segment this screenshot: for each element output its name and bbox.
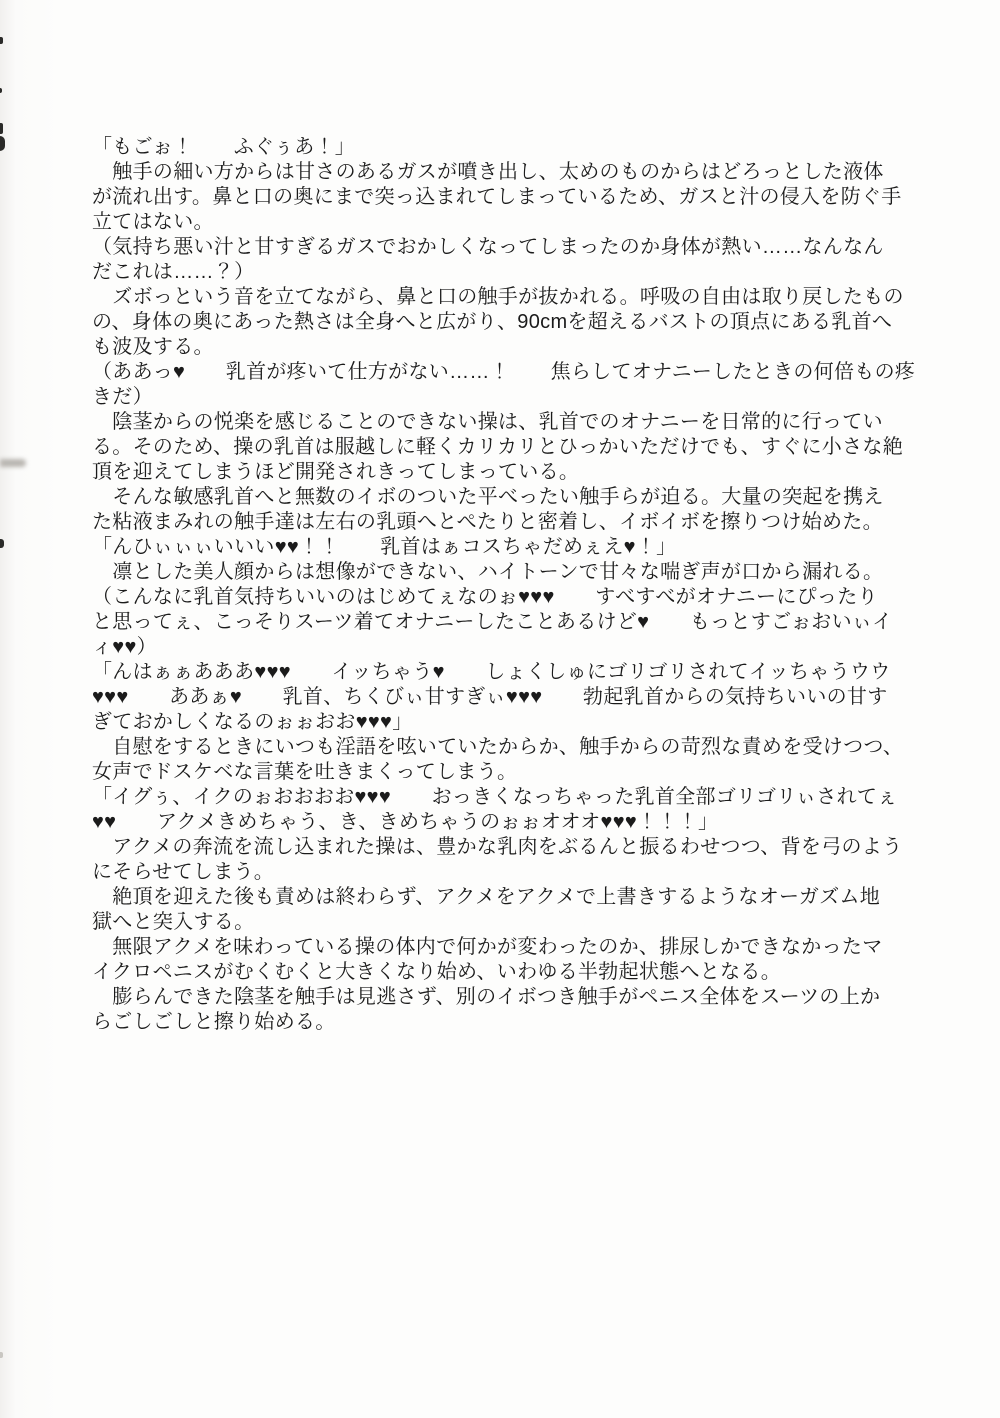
- scan-artifact: [0, 1352, 3, 1358]
- text-line: 「んはぁぁあああ♥♥♥ イッちゃう♥ しょくしゅにゴリゴリされてイッちゃうウウ: [92, 660, 952, 685]
- text-line: ♥♥ アクメきめちゃう、き、きめちゃうのぉぉオオオ♥♥♥！！！」: [92, 810, 952, 835]
- text-line: と思ってぇ、こっそりスーツ着てオナニーしたことあるけど♥ もっとすごぉおいぃイ: [92, 610, 952, 635]
- text-line: 「イグぅ、イクのぉおおおお♥♥♥ おっきくなっちゃった乳首全部ゴリゴリぃされてぇ: [92, 785, 952, 810]
- text-line: 獄へと突入する。: [92, 910, 952, 935]
- text-line: る。そのため、操の乳首は服越しに軽くカリカリとひっかいただけでも、すぐに小さな絶: [92, 435, 952, 460]
- text-line: 立てはない。: [92, 210, 952, 235]
- scan-artifact: [0, 88, 2, 93]
- scan-artifact: [0, 136, 5, 151]
- text-line: （気持ち悪い汁と甘すぎるガスでおかしくなってしまったのか身体が熱い……なんなん: [92, 235, 952, 260]
- text-line: （ああっ♥ 乳首が疼いて仕方がない……！ 焦らしてオナニーしたときの何倍もの疼: [92, 360, 952, 385]
- text-line: だこれは……？）: [92, 260, 952, 285]
- text-line: ぎておかしくなるのぉぉおお♥♥♥」: [92, 710, 952, 735]
- scanned-page: 「もごぉ！ ふぐぅあ！」 触手の細い方からは甘さのあるガスが噴き出し、太めのもの…: [0, 0, 1000, 1418]
- text-line: ィ♥♥）: [92, 635, 952, 660]
- text-line: の、身体の奥にあった熱さは全身へと広がり、90cmを超えるバストの頂点にある乳首…: [92, 310, 952, 335]
- text-line: ズボっという音を立てながら、鼻と口の触手が抜かれる。呼吸の自由は取り戻したもの: [92, 285, 952, 310]
- body-text: 「もごぉ！ ふぐぅあ！」 触手の細い方からは甘さのあるガスが噴き出し、太めのもの…: [92, 135, 952, 1035]
- text-line: そんな敏感乳首へと無数のイボのついた平べったい触手らが迫る。大量の突起を携え: [92, 485, 952, 510]
- text-line: 凛とした美人顔からは想像ができない、ハイトーンで甘々な喘ぎ声が口から漏れる。: [92, 560, 952, 585]
- scan-artifact: [0, 459, 26, 467]
- text-line: が流れ出す。鼻と口の奥にまで突っ込まれてしまっているため、ガスと汁の侵入を防ぐ手: [92, 185, 952, 210]
- text-line: らごしごしと擦り始める。: [92, 1010, 952, 1035]
- scan-artifact: [0, 123, 3, 134]
- text-line: 膨らんできた陰茎を触手は見逃さず、別のイボつき触手がペニス全体をスーツの上か: [92, 985, 952, 1010]
- text-line: も波及する。: [92, 335, 952, 360]
- text-line: 陰茎からの悦楽を感じることのできない操は、乳首でのオナニーを日常的に行ってい: [92, 410, 952, 435]
- text-line: 女声でドスケベな言葉を吐きまくってしまう。: [92, 760, 952, 785]
- text-line: 頂を迎えてしまうほど開発されきってしまっている。: [92, 460, 952, 485]
- text-line: ♥♥♥ ああぁ♥ 乳首、ちくびぃ甘すぎぃ♥♥♥ 勃起乳首からの気持ちいいの甘す: [92, 685, 952, 710]
- text-line: アクメの奔流を流し込まれた操は、豊かな乳肉をぶるんと振るわせつつ、背を弓のよう: [92, 835, 952, 860]
- text-line: た粘液まみれの触手達は左右の乳頭へとぺたりと密着し、イボイボを擦りつけ始めた。: [92, 510, 952, 535]
- text-line: 絶頂を迎えた後も責めは終わらず、アクメをアクメで上書きするようなオーガズム地: [92, 885, 952, 910]
- text-line: 自慰をするときにいつも淫語を呟いていたからか、触手からの苛烈な責めを受けつつ、: [92, 735, 952, 760]
- text-line: 「もごぉ！ ふぐぅあ！」: [92, 135, 952, 160]
- text-line: 触手の細い方からは甘さのあるガスが噴き出し、太めのものからはどろっとした液体: [92, 160, 952, 185]
- text-line: きだ）: [92, 385, 952, 410]
- text-line: （こんなに乳首気持ちいいのはじめてぇなのぉ♥♥♥ すべすべがオナニーにぴったり: [92, 585, 952, 610]
- text-line: にそらせてしまう。: [92, 860, 952, 885]
- scan-artifact: [0, 539, 4, 548]
- text-line: イクロペニスがむくむくと大きくなり始め、いわゆる半勃起状態へとなる。: [92, 960, 952, 985]
- scan-artifact: [0, 37, 3, 44]
- text-line: 「んひぃぃぃいいい♥♥！！ 乳首はぁコスちゃだめぇえ♥！」: [92, 535, 952, 560]
- text-line: 無限アクメを味わっている操の体内で何かが変わったのか、排尿しかできなかったマ: [92, 935, 952, 960]
